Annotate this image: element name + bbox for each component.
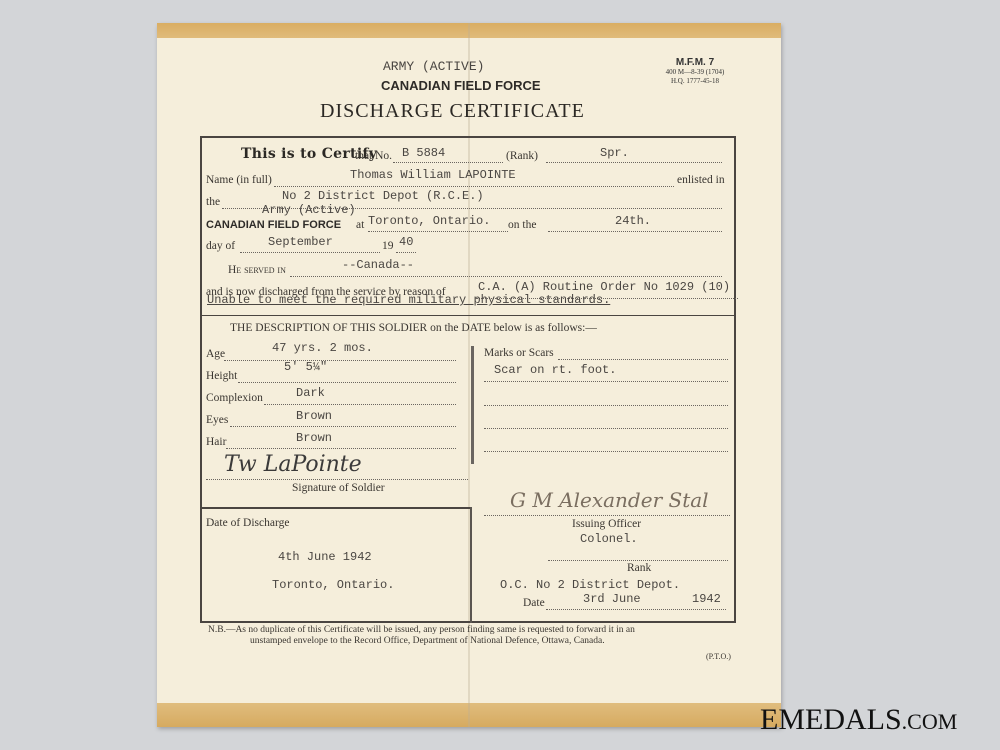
- issuing-officer-label: Issuing Officer: [572, 518, 641, 530]
- at-label: at: [356, 219, 364, 231]
- watermark-main: EMEDALS: [760, 703, 902, 736]
- officer-appointment: O.C. No 2 District Depot.: [500, 578, 680, 592]
- discharge-date: 4th June 1942: [278, 550, 372, 564]
- marks-label: Marks or Scars: [484, 347, 554, 359]
- force-heading: CANADIAN FIELD FORCE: [381, 78, 541, 93]
- emedals-watermark: EMEDALS.COM: [760, 703, 957, 737]
- age-label: Age: [206, 348, 225, 360]
- officer-date: 3rd June: [583, 592, 641, 606]
- pto-label: (P.T.O.): [706, 652, 731, 661]
- footer-note-line-1: N.B.—As no duplicate of this Certificate…: [208, 625, 635, 635]
- year-prefix: 19: [382, 240, 394, 252]
- officer-date-label: Date: [523, 597, 545, 609]
- rank-value: Spr.: [600, 146, 629, 160]
- height-label: Height: [206, 370, 237, 382]
- army-type: ARMY (ACTIVE): [383, 59, 484, 74]
- enlist-place: Toronto, Ontario.: [368, 214, 490, 228]
- hair-value: Brown: [296, 431, 332, 445]
- name-label: Name (in full): [206, 174, 272, 186]
- soldier-signature-label: Signature of Soldier: [292, 482, 385, 494]
- discharge-reason: C.A. (A) Routine Order No 1029 (10): [478, 280, 730, 294]
- rank-label-officer: Rank: [627, 562, 651, 574]
- officer-rank: Colonel.: [580, 532, 638, 546]
- service-number: B 5884: [402, 146, 445, 160]
- footer-note-line-2: unstamped envelope to the Record Office,…: [250, 636, 605, 646]
- enlisted-label: enlisted in: [677, 174, 725, 186]
- enlist-day: 24th.: [615, 214, 651, 228]
- height-value: 5' 5¼": [284, 360, 327, 374]
- served-label: He served in: [228, 264, 286, 276]
- form-sub-1: 400 M—8-39 (1704): [660, 68, 730, 77]
- the-label: the: [206, 196, 220, 208]
- enlist-year: 40: [399, 235, 413, 249]
- complexion-value: Dark: [296, 386, 325, 400]
- reason-detail: Unable to meet the required military phy…: [207, 293, 610, 307]
- officer-signature: G M Alexander Stal: [510, 488, 709, 512]
- eyes-value: Brown: [296, 409, 332, 423]
- watermark-suffix: .COM: [902, 709, 958, 734]
- soldier-name: Thomas William LAPOINTE: [350, 168, 516, 182]
- soldier-signature: Tw LaPointe: [224, 452, 362, 477]
- page-title: DISCHARGE CERTIFICATE: [320, 100, 585, 123]
- enlisted-unit: No 2 District Depot (R.C.E.): [282, 189, 484, 203]
- rank-label: (Rank): [506, 150, 538, 162]
- served-in: --Canada--: [342, 258, 414, 272]
- form-number: M.F.M. 7: [676, 57, 714, 68]
- day-of-label: day of: [206, 240, 235, 252]
- on-the-label: on the: [508, 219, 536, 231]
- that-no-label: that No.: [355, 150, 392, 162]
- enlist-month: September: [268, 235, 333, 249]
- description-heading: THE DESCRIPTION OF THIS SOLDIER on the D…: [230, 322, 597, 334]
- discharge-place: Toronto, Ontario.: [272, 578, 394, 592]
- complexion-label: Complexion: [206, 392, 263, 404]
- officer-date-year: 1942: [692, 592, 721, 606]
- force-label: CANADIAN FIELD FORCE: [206, 219, 341, 231]
- form-reference: M.F.M. 7 400 M—8-39 (1704) H.Q. 1777-45-…: [660, 57, 730, 86]
- discharge-date-label: Date of Discharge: [206, 517, 289, 529]
- eyes-label: Eyes: [206, 414, 228, 426]
- age-value: 47 yrs. 2 mos.: [272, 341, 373, 355]
- marks-value: Scar on rt. foot.: [494, 363, 616, 377]
- form-sub-2: H.Q. 1777-45-18: [660, 77, 730, 86]
- hair-label: Hair: [206, 436, 226, 448]
- army-overtype: Army (Active): [262, 203, 356, 217]
